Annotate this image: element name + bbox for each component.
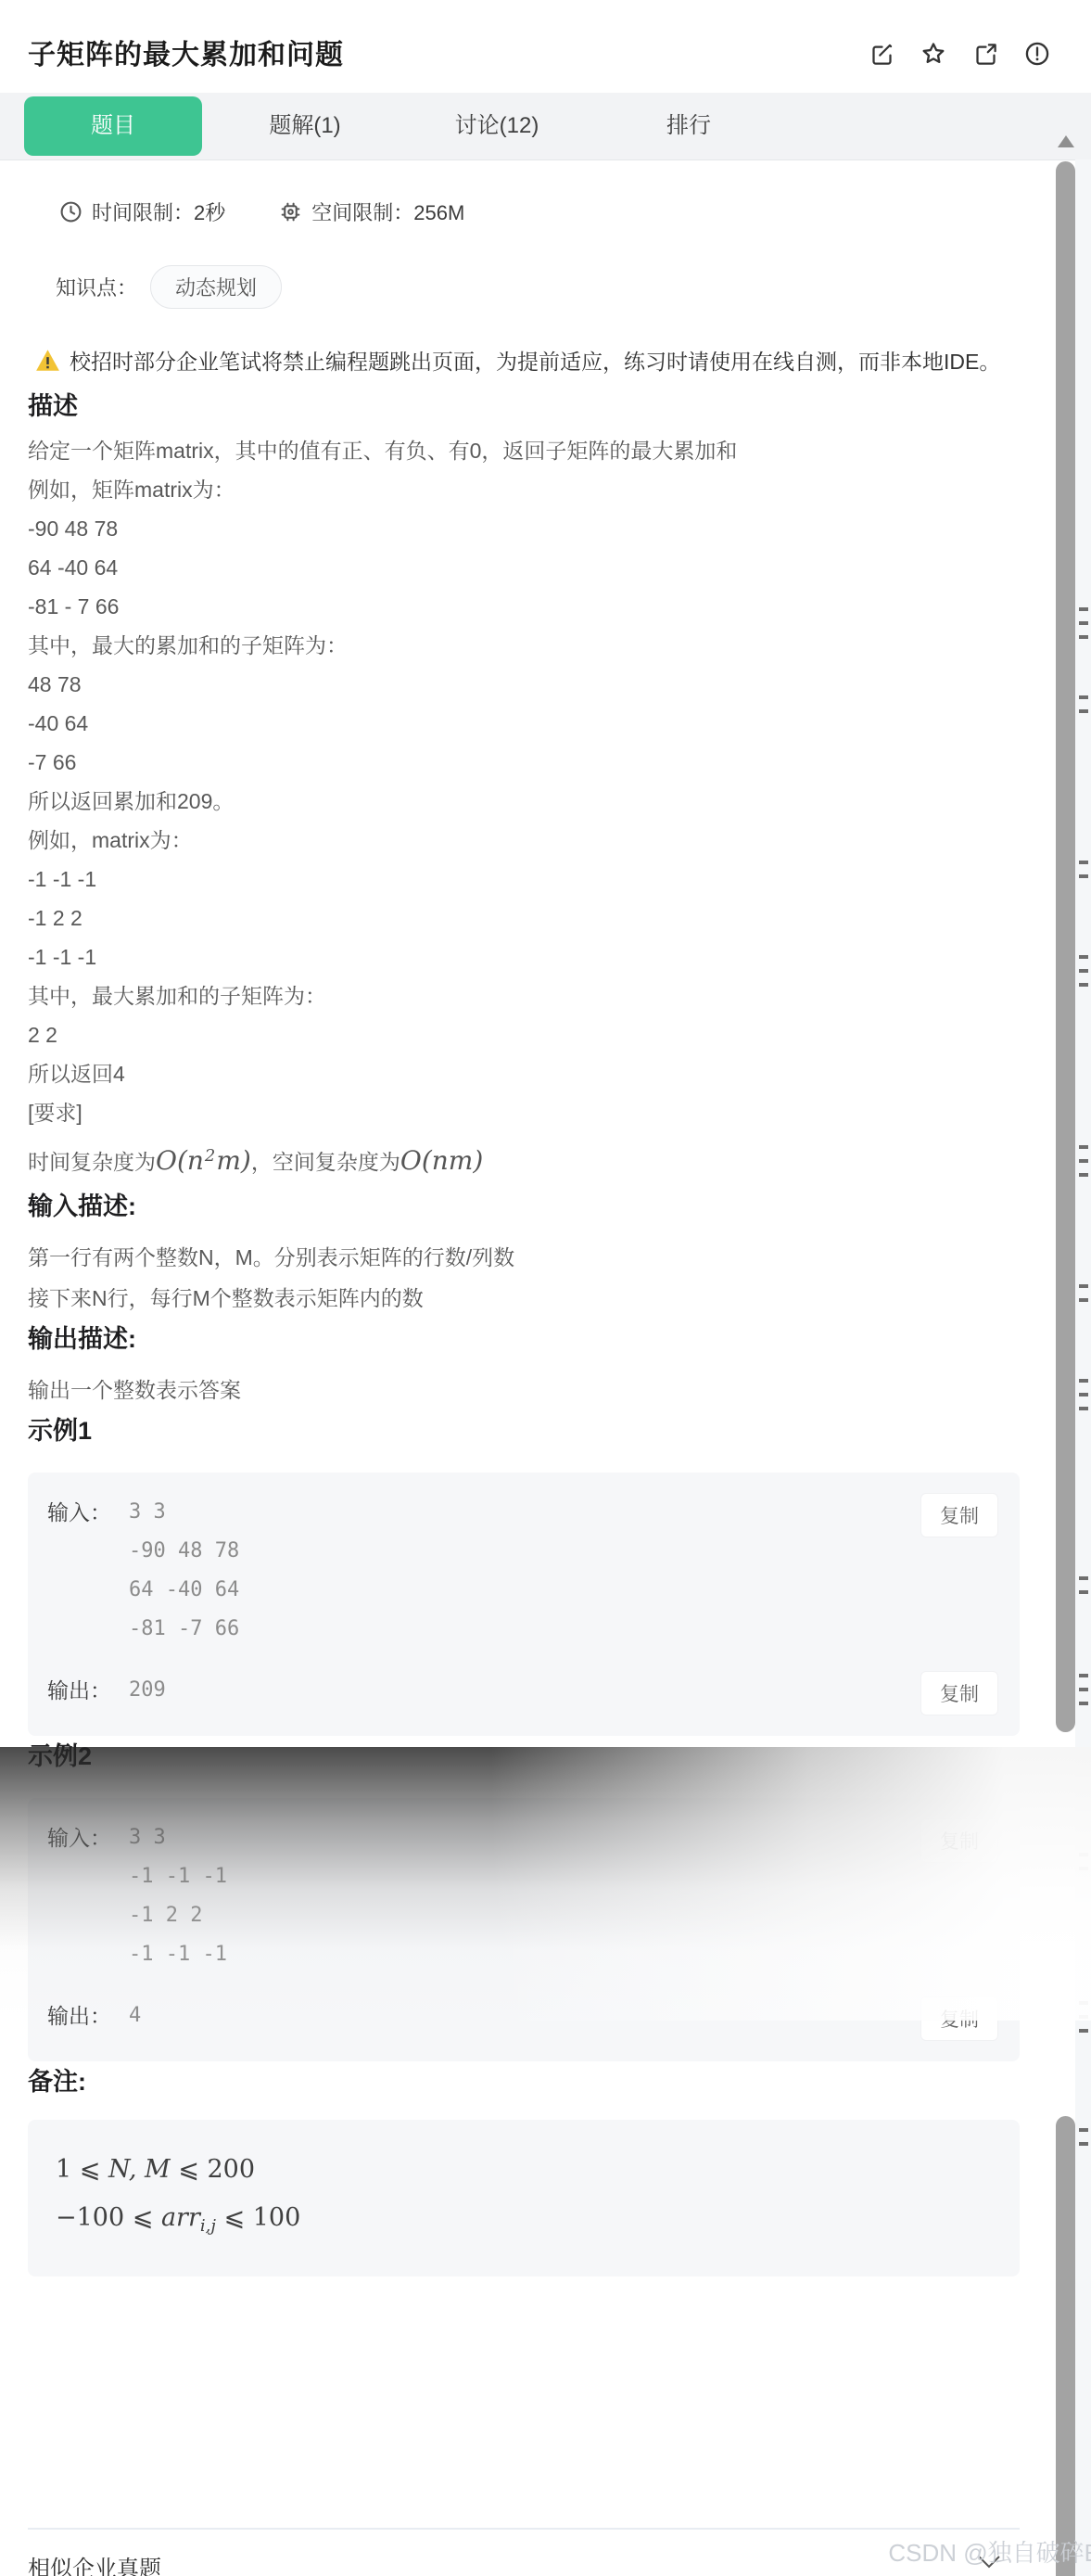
clipped-text-dash bbox=[1079, 1173, 1088, 1177]
clipped-text-dash bbox=[1079, 2015, 1088, 2019]
page-header: 子矩阵的最大累加和问题 bbox=[0, 0, 1091, 93]
constraint-formula-1: 1 ⩽ N, M ⩽ 200 bbox=[56, 2146, 992, 2194]
example2-heading: 示例2 bbox=[28, 1736, 1020, 1772]
clipped-text-dash bbox=[1079, 861, 1088, 864]
exam-notice: 校招时部分企业笔试将禁止编程题跳出页面，为提前适应，练习时请使用在线自测，而非本… bbox=[28, 340, 1020, 386]
clipped-text-dash bbox=[1079, 1702, 1088, 1705]
page-title: 子矩阵的最大累加和问题 bbox=[28, 32, 344, 72]
complexity-text-1: 时间复杂度为 bbox=[28, 1150, 156, 1174]
problem-content: 时间限制：2秒 空间限制：256M 知识点： 动态规划 校招时部分企业 bbox=[28, 198, 1020, 2276]
complexity-text-2: ，空间复杂度为 bbox=[251, 1150, 400, 1174]
copy-button[interactable]: 复制 bbox=[920, 1996, 998, 2041]
input-label: 输入： bbox=[47, 1818, 129, 1857]
clipped-text-dash bbox=[1079, 2128, 1088, 2132]
clipped-text-dash bbox=[1079, 709, 1088, 713]
example2-input-code: 3 3 -1 -1 -1 -1 2 2 -1 -1 -1 bbox=[129, 1818, 920, 1974]
clipped-text-dash bbox=[1079, 1298, 1088, 1302]
constraint-formula-2: −100 ⩽ arri,j ⩽ 100 bbox=[56, 2194, 992, 2251]
output-desc-heading: 输出描述: bbox=[28, 1319, 1020, 1355]
copy-button[interactable]: 复制 bbox=[920, 1671, 998, 1715]
knowledge-row: 知识点： 动态规划 bbox=[28, 265, 1020, 309]
example1-output-row: 输出： 209 复制 bbox=[47, 1671, 998, 1715]
copy-button[interactable]: 复制 bbox=[920, 1818, 998, 1863]
tab-problem[interactable]: 题目 bbox=[24, 96, 202, 156]
math-time-complexity: O(n2m) bbox=[156, 1145, 251, 1176]
clipped-text-dash bbox=[1079, 1688, 1088, 1691]
example2-output-code: 4 bbox=[129, 1996, 920, 2035]
time-limit: 时间限制：2秒 bbox=[92, 198, 225, 226]
clock-icon bbox=[59, 200, 82, 223]
clipped-text-dash bbox=[1079, 2001, 1088, 2005]
math-space-complexity: O(nm) bbox=[400, 1145, 483, 1176]
clipped-text-dash bbox=[1079, 955, 1088, 959]
example1-output-code: 209 bbox=[129, 1671, 920, 1710]
input-desc-heading: 输入描述: bbox=[28, 1186, 1020, 1222]
clipped-text-dash bbox=[1079, 1407, 1088, 1410]
output-desc-text: 输出一个整数表示答案 bbox=[28, 1370, 1020, 1410]
example1-heading: 示例1 bbox=[28, 1410, 1020, 1447]
clipped-text-dash bbox=[1079, 1853, 1088, 1856]
clipped-text-dash bbox=[1079, 1379, 1088, 1383]
problem-page: 子矩阵的最大累加和问题 bbox=[0, 0, 1091, 2576]
clipped-text-dash bbox=[1079, 1576, 1088, 1580]
clipped-text-dash bbox=[1079, 874, 1088, 878]
clipped-text-dash bbox=[1079, 607, 1088, 611]
example2-box: 输入： 3 3 -1 -1 -1 -1 2 2 -1 -1 -1 复制 输出： … bbox=[28, 1798, 1020, 2061]
footer-divider bbox=[28, 2528, 1020, 2530]
header-actions bbox=[869, 41, 1050, 67]
watermark-text: CSDN @独自破碎E bbox=[888, 2534, 1091, 2569]
copy-button[interactable]: 复制 bbox=[920, 1493, 998, 1537]
example1-input-code: 3 3 -90 48 78 64 -40 64 -81 -7 66 bbox=[129, 1493, 920, 1649]
similar-questions-row[interactable]: 相似企业真题 bbox=[28, 2550, 1020, 2576]
example1-input-row: 输入： 3 3 -90 48 78 64 -40 64 -81 -7 66 复制 bbox=[47, 1493, 998, 1649]
clipped-text-dash bbox=[1079, 635, 1088, 639]
tab-ranking[interactable]: 排行 bbox=[600, 96, 778, 156]
example1-box: 输入： 3 3 -90 48 78 64 -40 64 -81 -7 66 复制… bbox=[28, 1473, 1020, 1736]
clipped-text-dash bbox=[1079, 1867, 1088, 1870]
description-heading: 描述 bbox=[28, 386, 1020, 422]
example2-input-row: 输入： 3 3 -1 -1 -1 -1 2 2 -1 -1 -1 复制 bbox=[47, 1818, 998, 1974]
warning-icon bbox=[35, 343, 60, 386]
complexity-line: 时间复杂度为O(n2m)，空间复杂度为O(nm) bbox=[28, 1132, 1020, 1186]
clipped-text-dash bbox=[1079, 2029, 1088, 2033]
example2-output-row: 输出： 4 复制 bbox=[47, 1996, 998, 2041]
clipped-text-dash bbox=[1079, 695, 1088, 699]
note-box: 1 ⩽ N, M ⩽ 200 −100 ⩽ arri,j ⩽ 100 bbox=[28, 2120, 1020, 2276]
clipped-text-dash bbox=[1079, 1674, 1088, 1677]
clipped-text-dash bbox=[1079, 969, 1088, 973]
knowledge-label: 知识点： bbox=[56, 273, 137, 301]
tab-bar: 题目 题解(1) 讨论(12) 排行 bbox=[0, 93, 1091, 160]
clipped-text-dash bbox=[1079, 983, 1088, 987]
limits-row: 时间限制：2秒 空间限制：256M bbox=[28, 198, 1020, 226]
tab-discussion[interactable]: 讨论(12) bbox=[408, 96, 586, 156]
clipped-text-dash bbox=[1079, 1393, 1088, 1396]
output-label: 输出： bbox=[47, 1996, 129, 2035]
scrollbar-thumb-lower[interactable] bbox=[1056, 2116, 1075, 2576]
star-icon[interactable] bbox=[920, 41, 946, 67]
memory-limit: 空间限制：256M bbox=[311, 198, 464, 226]
report-icon[interactable] bbox=[1024, 41, 1050, 67]
scrollbar-thumb-upper[interactable] bbox=[1056, 161, 1075, 1732]
chip-icon bbox=[279, 200, 302, 223]
notice-text: 校招时部分企业笔试将禁止编程题跳出页面，为提前适应，练习时请使用在线自测，而非本… bbox=[70, 350, 1000, 374]
knowledge-tag[interactable]: 动态规划 bbox=[150, 265, 282, 309]
clipped-text-dash bbox=[1079, 2142, 1088, 2146]
tab-solutions[interactable]: 题解(1) bbox=[216, 96, 394, 156]
clipped-text-dash bbox=[1079, 1590, 1088, 1594]
clipped-text-dash bbox=[1079, 1284, 1088, 1288]
description-text: 给定一个矩阵matrix，其中的值有正、有负、有0，返回子矩阵的最大累加和 例如… bbox=[28, 431, 1020, 1132]
similar-questions-label: 相似企业真题 bbox=[28, 2550, 161, 2576]
external-link-icon[interactable] bbox=[972, 41, 998, 67]
clipped-text-dash bbox=[1079, 1145, 1088, 1149]
clipped-text-dash bbox=[1079, 621, 1088, 625]
output-label: 输出： bbox=[47, 1671, 129, 1710]
scrollbar-up-arrow[interactable] bbox=[1058, 135, 1074, 147]
input-label: 输入： bbox=[47, 1493, 129, 1532]
clipped-text-dash bbox=[1079, 1159, 1088, 1163]
clipped-right-strip bbox=[1075, 159, 1091, 2576]
input-desc-text: 第一行有两个整数N，M。分别表示矩阵的行数/列数 接下来N行，每行M个整数表示矩… bbox=[28, 1237, 1020, 1319]
note-heading: 备注: bbox=[28, 2061, 1020, 2098]
edit-icon[interactable] bbox=[869, 41, 894, 67]
